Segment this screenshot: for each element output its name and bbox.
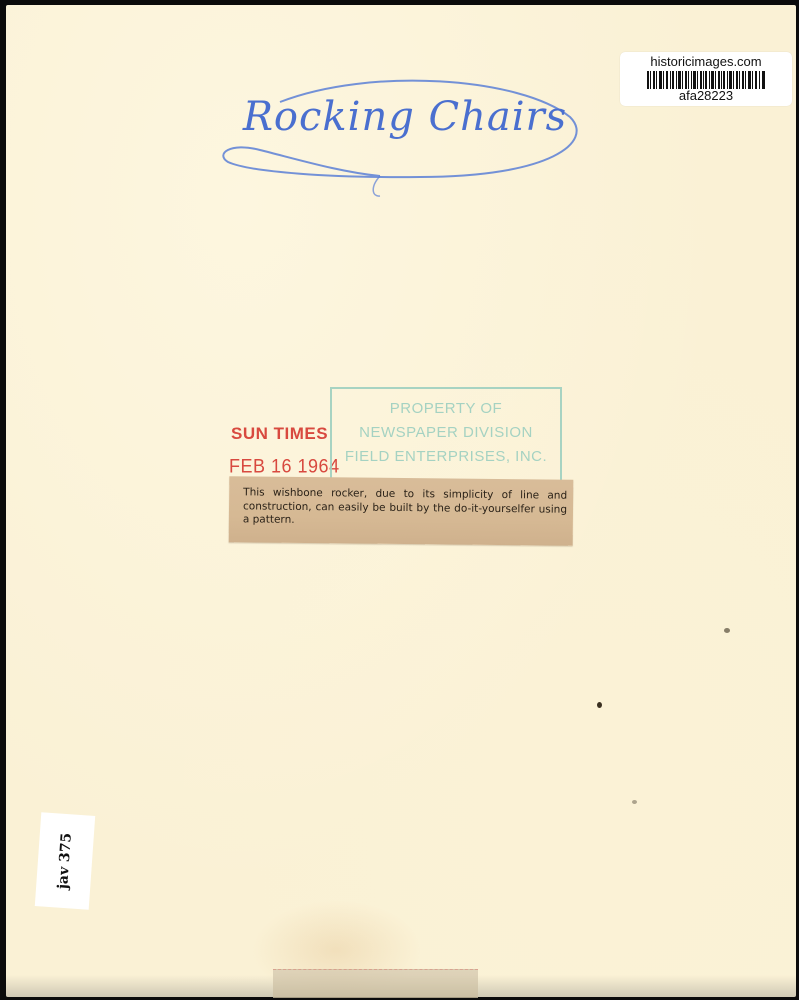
barcode-icon [647, 71, 765, 89]
barcode-site-text: historicimages.com [620, 55, 792, 69]
property-stamp: PROPERTY OF NEWSPAPER DIVISION FIELD ENT… [330, 387, 562, 487]
caption-text: This wishbone rocker, due to its simplic… [243, 486, 567, 530]
ink-speck [724, 628, 730, 633]
inventory-label: jav 375 [35, 812, 95, 910]
barcode-label: historicimages.com afa28223 [620, 52, 792, 106]
barcode-code-text: afa28223 [620, 89, 792, 103]
ink-speck [597, 702, 602, 708]
tape-residue [273, 969, 478, 998]
publication-stamp: SUN TIMES [231, 424, 328, 444]
handwritten-title-text: Rocking Chairs [240, 94, 570, 140]
property-stamp-line3: FIELD ENTERPRISES, INC. [332, 445, 560, 469]
handwritten-title: Rocking Chairs [220, 72, 585, 200]
property-stamp-line1: PROPERTY OF [332, 397, 560, 421]
property-stamp-line2: NEWSPAPER DIVISION [332, 421, 560, 445]
caption-clipping: This wishbone rocker, due to its simplic… [229, 476, 574, 546]
inventory-label-text: jav 375 [55, 832, 75, 889]
date-stamp: FEB 16 1964 [229, 455, 340, 478]
ink-speck [632, 800, 637, 804]
